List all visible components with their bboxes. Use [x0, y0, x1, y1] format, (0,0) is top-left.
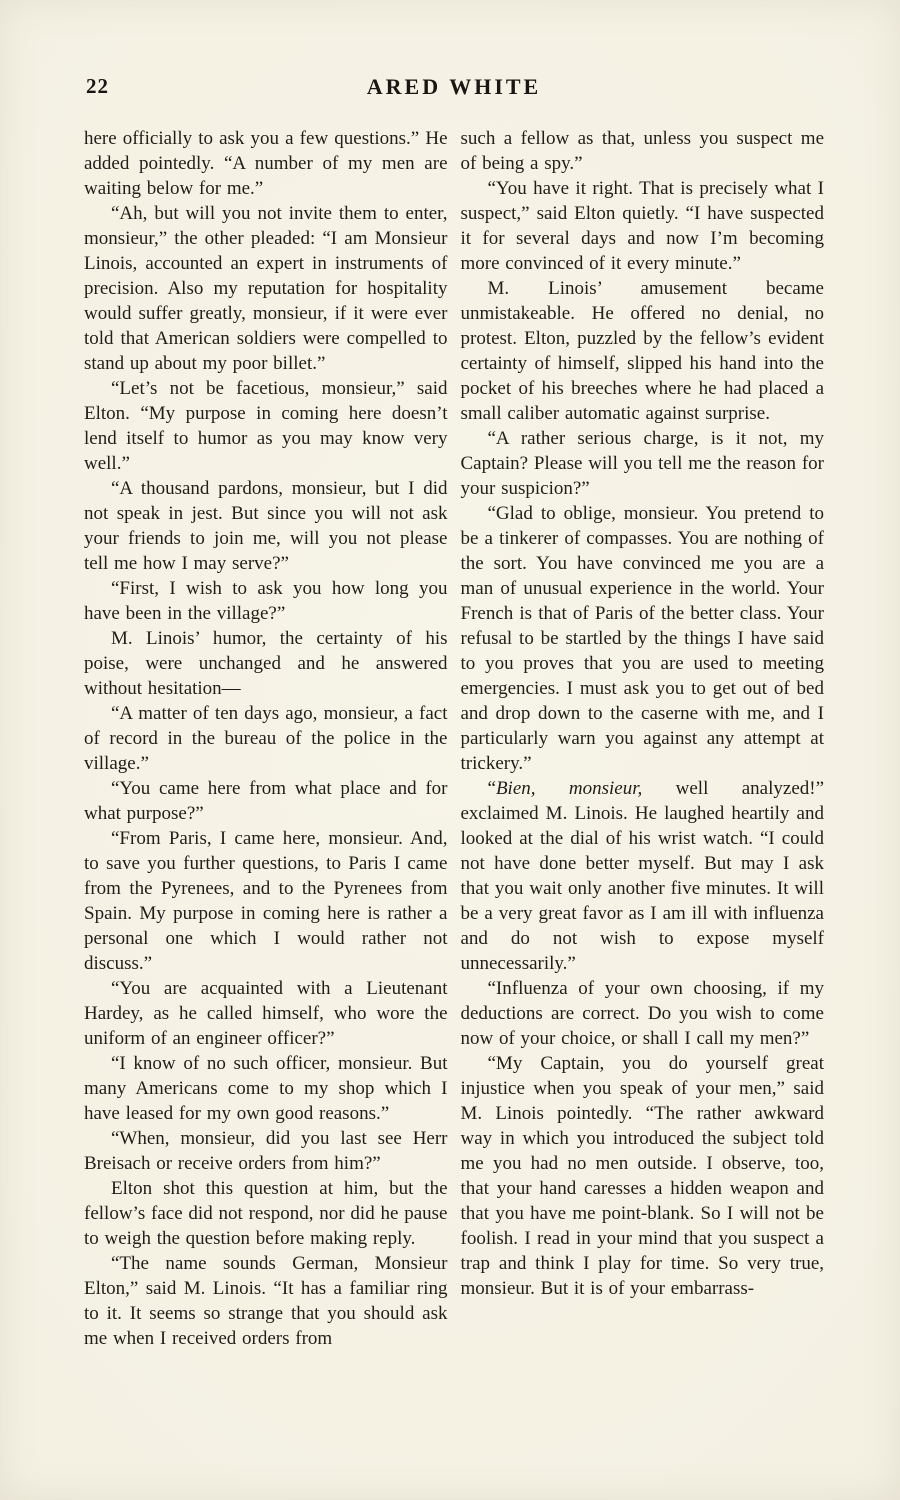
text-run: “ [488, 778, 496, 799]
text-run: “A matter of ten days ago, monsieur, a f… [84, 703, 448, 774]
paragraph: M. Linois’ humor, the certainty of his p… [84, 626, 448, 701]
text-run: “Let’s not be facetious, monsieur,” said… [84, 378, 448, 474]
text-run: “Influenza of your own choosing, if my d… [461, 978, 825, 1049]
paragraph: such a fellow as that, unless you suspec… [461, 126, 825, 176]
paragraph: “Influenza of your own choosing, if my d… [461, 976, 825, 1051]
paragraph: “A matter of ten days ago, monsieur, a f… [84, 701, 448, 776]
italic-text-run: Bien, monsieur, [496, 778, 642, 799]
text-run: “My Captain, you do yourself great injus… [461, 1053, 825, 1299]
paragraph: “You are acquainted with a Lieutenant Ha… [84, 976, 448, 1051]
left-column: here officially to ask you a few questio… [84, 126, 448, 1351]
page-header: 22 ARED WHITE [84, 74, 824, 104]
text-run: “From Paris, I came here, monsieur. And,… [84, 828, 448, 974]
text-run: “You are acquainted with a Lieutenant Ha… [84, 978, 448, 1049]
text-run: “The name sounds German, Monsieur Elton,… [84, 1253, 448, 1349]
paragraph: “I know of no such officer, monsieur. Bu… [84, 1051, 448, 1126]
text-block: here officially to ask you a few questio… [84, 126, 824, 1351]
text-run: “A thousand pardons, monsieur, but I did… [84, 478, 448, 574]
paragraph: Elton shot this question at him, but the… [84, 1176, 448, 1251]
text-run: such a fellow as that, unless you suspec… [461, 128, 825, 174]
paragraph: “Bien, monsieur, well analyzed!” exclaim… [461, 776, 825, 976]
paragraph: “My Captain, you do yourself great injus… [461, 1051, 825, 1301]
paragraph: “You came here from what place and for w… [84, 776, 448, 826]
text-run: “You have it right. That is precisely wh… [461, 178, 825, 274]
text-run: “A rather serious charge, is it not, my … [461, 428, 825, 499]
text-run: “Glad to oblige, monsieur. You pretend t… [461, 503, 825, 774]
text-run: well analyzed!” exclaimed M. Linois. He … [461, 778, 825, 974]
paragraph: “A rather serious charge, is it not, my … [461, 426, 825, 501]
text-run: “I know of no such officer, monsieur. Bu… [84, 1053, 448, 1124]
paragraph: “From Paris, I came here, monsieur. And,… [84, 826, 448, 976]
paragraph: “First, I wish to ask you how long you h… [84, 576, 448, 626]
paragraph: “You have it right. That is precisely wh… [461, 176, 825, 276]
right-column: such a fellow as that, unless you suspec… [461, 126, 825, 1351]
paragraph: “The name sounds German, Monsieur Elton,… [84, 1251, 448, 1351]
text-run: “You came here from what place and for w… [84, 778, 448, 824]
text-run: “Ah, but will you not invite them to ent… [84, 203, 448, 374]
running-title: ARED WHITE [84, 74, 824, 100]
paragraph: “Ah, but will you not invite them to ent… [84, 201, 448, 376]
paragraph: here officially to ask you a few questio… [84, 126, 448, 201]
text-run: here officially to ask you a few questio… [84, 128, 448, 199]
text-run: M. Linois’ amusement became unmistakeabl… [461, 278, 825, 424]
paragraph: “Let’s not be facetious, monsieur,” said… [84, 376, 448, 476]
paragraph: “Glad to oblige, monsieur. You pretend t… [461, 501, 825, 776]
page-background: 22 ARED WHITE here officially to ask you… [0, 0, 900, 1500]
text-run: M. Linois’ humor, the certainty of his p… [84, 628, 448, 699]
paragraph: M. Linois’ amusement became unmistakeabl… [461, 276, 825, 426]
book-page-scan: { "header": { "page_number": "22", "runn… [0, 0, 900, 1500]
text-run: Elton shot this question at him, but the… [84, 1178, 448, 1249]
text-run: “When, monsieur, did you last see Herr B… [84, 1128, 448, 1174]
paragraph: “When, monsieur, did you last see Herr B… [84, 1126, 448, 1176]
text-run: “First, I wish to ask you how long you h… [84, 578, 448, 624]
paragraph: “A thousand pardons, monsieur, but I did… [84, 476, 448, 576]
